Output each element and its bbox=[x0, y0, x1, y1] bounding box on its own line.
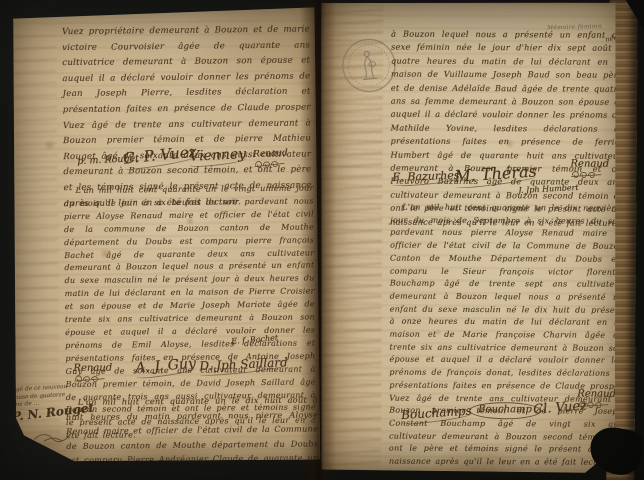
circled-signature: Bouchamp bbox=[469, 404, 541, 415]
mayor-signature: Renaud bbox=[73, 363, 112, 384]
paraph-flourish-icon bbox=[570, 169, 602, 180]
signature-name: Renaud bbox=[253, 148, 288, 160]
birth-act-september-paragraph: L'an mil huit cent quarante un le dix ne… bbox=[389, 202, 624, 470]
mayor-signature: Renaud bbox=[570, 159, 609, 180]
signature-name: Bouchamp bbox=[469, 402, 541, 419]
signature-name: Renaud bbox=[73, 363, 112, 374]
register-scan: Vuez propriétaire demeurant à Bouzon et … bbox=[0, 0, 644, 480]
signature-name: Renaud bbox=[577, 389, 616, 400]
left-page: Vuez propriétaire demeurant à Bouzon et … bbox=[12, 6, 321, 463]
mayor-signature: Renaud bbox=[253, 148, 289, 170]
signature: Vienney bbox=[189, 146, 247, 167]
paraph-flourish-icon bbox=[577, 399, 609, 410]
flourish-icon bbox=[32, 431, 72, 445]
act-ending-august-paragraph: à Bouzon lequel nous a présenté un enfan… bbox=[390, 28, 623, 230]
birth-act-august-start-paragraph: L'an mil huit cent quarante un le dix hu… bbox=[66, 392, 319, 480]
right-page: Mémoire féminin née à Bouzon lequel nous… bbox=[319, 1, 617, 475]
mayor-signature: Renaud bbox=[577, 389, 616, 410]
signature-name: Renaud bbox=[570, 159, 609, 170]
signature: E. Bazurhes bbox=[392, 169, 459, 186]
